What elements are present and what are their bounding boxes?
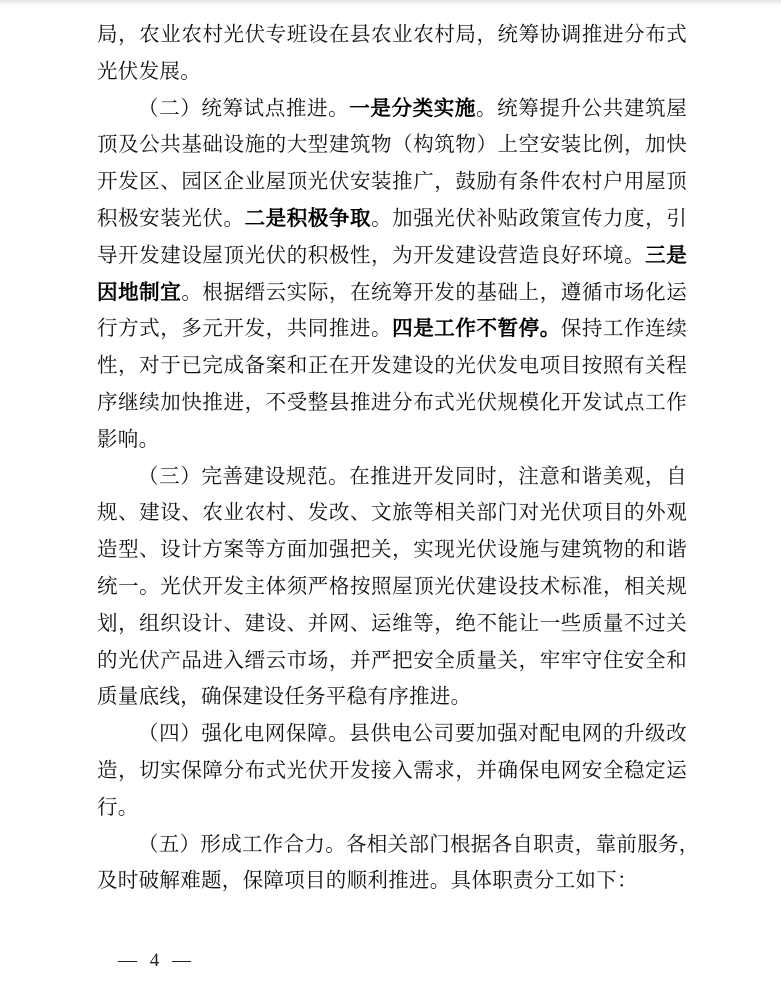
text-segment: 局，农业农村光伏专班设在县农业农村局，统筹协调推进分布式 — [97, 22, 687, 46]
text-line: 划，组织设计、建设、并网、运维等，绝不能让一些质量不过关 — [97, 605, 687, 642]
text-segment: （二）统筹试点推进。 — [138, 96, 349, 120]
bold-emphasis: 因地制宜 — [97, 280, 181, 304]
text-line: 序继续加快推进，不受整县推进分布式光伏规模化开发试点工作 — [97, 384, 687, 421]
text-line: 性，对于已完成备案和正在开发建设的光伏发电项目按照有关程 — [97, 347, 687, 384]
text-segment: 。加强光伏补贴政策宣传力度，引 — [371, 206, 687, 230]
text-segment: 及时破解难题，保障项目的顺利推进。具体职责分工如下： — [97, 868, 638, 892]
page-number: — 4 — — [118, 950, 195, 972]
bold-emphasis: 一是分类实施 — [349, 96, 476, 120]
text-segment: 导开发建设屋顶光伏的积极性，为开发建设营造良好环境。 — [97, 243, 645, 267]
text-line: 造型、设计方案等方面加强把关，实现光伏设施与建筑物的和谐 — [97, 531, 687, 568]
text-line: 局，农业农村光伏专班设在县农业农村局，统筹协调推进分布式 — [97, 16, 687, 53]
text-segment: 顶及公共基础设施的大型建筑物（构筑物）上空安装比例，加快 — [97, 132, 687, 156]
text-segment: 行方式，多元开发，共同推进。 — [97, 316, 392, 340]
text-line: 影响。 — [97, 421, 687, 458]
text-line: 行。 — [97, 789, 687, 826]
text-line: 造，切实保障分布式光伏开发接入需求，并确保电网安全稳定运 — [97, 752, 687, 789]
bold-emphasis: 三是 — [645, 243, 687, 267]
text-segment: 开发区、园区企业屋顶光伏安装推广，鼓励有条件农村户用屋顶 — [97, 169, 687, 193]
text-segment: 。统筹提升公共建筑屋 — [476, 96, 687, 120]
bold-emphasis: 四是工作不暂停。 — [392, 316, 561, 340]
bold-emphasis: 二是积极争取 — [245, 206, 371, 230]
text-segment: 性，对于已完成备案和正在开发建设的光伏发电项目按照有关程 — [97, 353, 687, 377]
text-segment: 影响。 — [97, 427, 159, 451]
text-segment: 造，切实保障分布式光伏开发接入需求，并确保电网安全稳定运 — [97, 758, 687, 782]
text-line: 导开发建设屋顶光伏的积极性，为开发建设营造良好环境。三是 — [97, 237, 687, 274]
text-segment: 规、建设、农业农村、发改、文旅等相关部门对光伏项目的外观 — [97, 500, 687, 524]
paragraph-first-line: （二）统筹试点推进。一是分类实施。统筹提升公共建筑屋 — [97, 90, 687, 127]
text-segment: 序继续加快推进，不受整县推进分布式光伏规模化开发试点工作 — [97, 390, 687, 414]
paragraph-first-line: （三）完善建设规范。在推进开发同时，注意和谐美观，自 — [97, 458, 687, 495]
text-segment: 。根据缙云实际，在统筹开发的基础上，遵循市场化运 — [181, 280, 687, 304]
text-segment: 质量底线，确保建设任务平稳有序推进。 — [97, 684, 471, 708]
document-page-body: 局，农业农村光伏专班设在县农业农村局，统筹协调推进分布式光伏发展。（二）统筹试点… — [97, 16, 687, 899]
text-segment: 光伏发展。 — [97, 59, 201, 83]
text-segment: 造型、设计方案等方面加强把关，实现光伏设施与建筑物的和谐 — [97, 537, 687, 561]
text-line: 开发区、园区企业屋顶光伏安装推广，鼓励有条件农村户用屋顶 — [97, 163, 687, 200]
text-line: 质量底线，确保建设任务平稳有序推进。 — [97, 678, 687, 715]
text-line: 行方式，多元开发，共同推进。四是工作不暂停。保持工作连续 — [97, 310, 687, 347]
text-line: 及时破解难题，保障项目的顺利推进。具体职责分工如下： — [97, 862, 687, 899]
text-segment: 保持工作连续 — [561, 316, 687, 340]
paragraph-first-line: （五）形成工作合力。各相关部门根据各自职责，靠前服务， — [97, 826, 687, 863]
page-top-edge — [0, 0, 781, 6]
text-segment: 行。 — [97, 795, 139, 819]
text-segment: 划，组织设计、建设、并网、运维等，绝不能让一些质量不过关 — [97, 611, 687, 635]
text-line: 统一。光伏开发主体须严格按照屋顶光伏建设技术标准，相关规 — [97, 568, 687, 605]
text-segment: （三）完善建设规范。在推进开发同时，注意和谐美观，自 — [138, 464, 687, 488]
text-segment: 的光伏产品进入缙云市场，并严把安全质量关，牢牢守住安全和 — [97, 648, 687, 672]
text-segment: 统一。光伏开发主体须严格按照屋顶光伏建设技术标准，相关规 — [97, 574, 687, 598]
text-line: 因地制宜。根据缙云实际，在统筹开发的基础上，遵循市场化运 — [97, 274, 687, 311]
text-line: 光伏发展。 — [97, 53, 687, 90]
text-segment: （四）强化电网保障。县供电公司要加强对配电网的升级改 — [138, 721, 687, 745]
text-line: 的光伏产品进入缙云市场，并严把安全质量关，牢牢守住安全和 — [97, 642, 687, 679]
text-line: 积极安装光伏。二是积极争取。加强光伏补贴政策宣传力度，引 — [97, 200, 687, 237]
paragraph-first-line: （四）强化电网保障。县供电公司要加强对配电网的升级改 — [97, 715, 687, 752]
text-segment: （五）形成工作合力。各相关部门根据各自职责，靠前服务， — [138, 832, 700, 856]
text-line: 规、建设、农业农村、发改、文旅等相关部门对光伏项目的外观 — [97, 494, 687, 531]
text-segment: 积极安装光伏。 — [97, 206, 245, 230]
text-line: 顶及公共基础设施的大型建筑物（构筑物）上空安装比例，加快 — [97, 126, 687, 163]
